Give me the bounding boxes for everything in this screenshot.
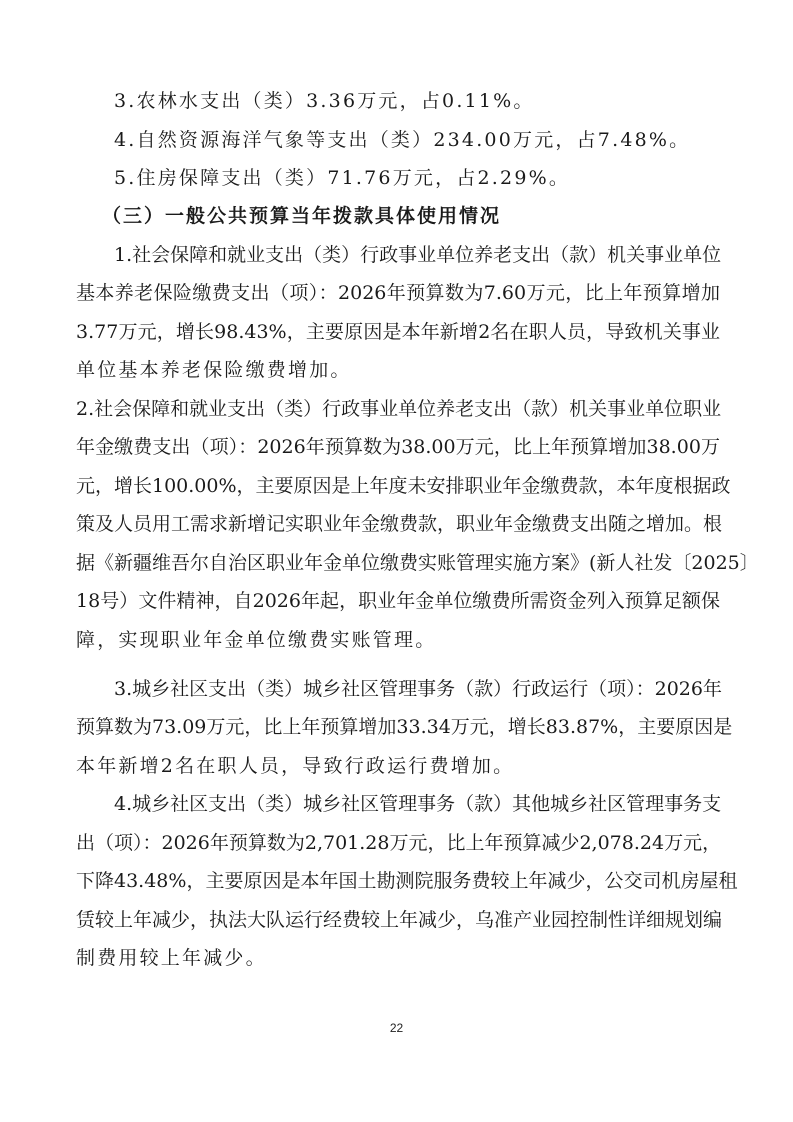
- paragraph-1-line: 基本养老保险缴费支出（项）：2026年预算数为7.60万元，比上年预算增加: [76, 280, 720, 306]
- paragraph-1-line: 1.社会保障和就业支出（类）行政事业单位养老支出（款）机关事业单位: [114, 242, 720, 268]
- paragraph-4-line: 赁较上年减少，执法大队运行经费较上年减少，乌准产业园控制性详细规划编: [76, 907, 720, 933]
- item-agriculture: 3.农林水支出（类）3.36万元，占0.11%。: [114, 88, 720, 114]
- paragraph-2-line: 元，增长100.00%，主要原因是上年度未安排职业年金缴费款，本年度根据政: [76, 473, 720, 499]
- paragraph-1-line: 单位基本养老保险缴费增加。: [76, 357, 720, 383]
- paragraph-2-line: 策及人员用工需求新增记实职业年金缴费款，职业年金缴费支出随之增加。根: [76, 511, 720, 537]
- paragraph-3-line: 3.城乡社区支出（类）城乡社区管理事务（款）行政运行（项）：2026年: [114, 676, 720, 702]
- paragraph-3-line: 预算数为73.09万元，比上年预算增加33.34万元，增长83.87%，主要原因…: [76, 714, 720, 740]
- paragraph-4-line: 下降43.48%，主要原因是本年国土勘测院服务费较上年减少，公交司机房屋租: [76, 868, 720, 894]
- paragraph-4-line: 出（项）：2026年预算数为2,701.28万元，比上年预算减少2,078.24…: [76, 830, 720, 856]
- paragraph-2-line: 障，实现职业年金单位缴费实账管理。: [76, 627, 720, 653]
- paragraph-3-line: 本年新增2名在职人员，导致行政运行费增加。: [76, 753, 720, 779]
- paragraph-4-line: 4.城乡社区支出（类）城乡社区管理事务（款）其他城乡社区管理事务支: [114, 791, 720, 817]
- item-natural-resources: 4.自然资源海洋气象等支出（类）234.00万元，占7.48%。: [114, 127, 720, 153]
- paragraph-2-line: 年金缴费支出（项）：2026年预算数为38.00万元，比上年预算增加38.00万: [76, 434, 720, 460]
- item-housing: 5.住房保障支出（类）71.76万元，占2.29%。: [114, 165, 720, 191]
- page-number: 22: [0, 1021, 793, 1035]
- section-heading: （三）一般公共预算当年拨款具体使用情况: [102, 203, 746, 229]
- paragraph-1-line: 3.77万元，增长98.43%，主要原因是本年新增2名在职人员，导致机关事业: [76, 319, 720, 345]
- paragraph-2-line: 18号）文件精神，自2026年起，职业年金单位缴费所需资金列入预算足额保: [76, 588, 720, 614]
- paragraph-2-line: 2.社会保障和就业支出（类）行政事业单位养老支出（款）机关事业单位职业: [76, 396, 720, 422]
- paragraph-4-line: 制费用较上年减少。: [76, 945, 720, 971]
- paragraph-2-line: 据《新疆维吾尔自治区职业年金单位缴费实账管理实施方案》(新人社发〔2025〕: [76, 550, 720, 576]
